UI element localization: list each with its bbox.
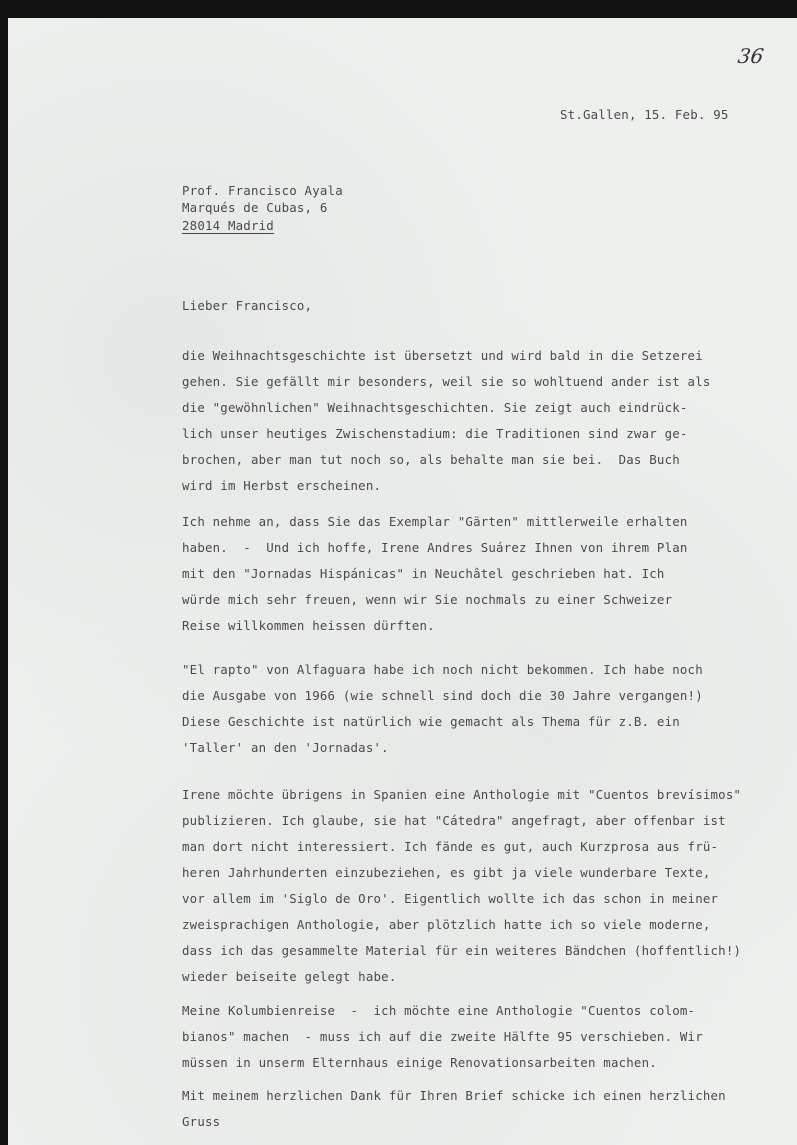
text-line-content: dass ich das gesammelte Material für ein… — [182, 943, 741, 958]
text-line: lich unser heutiges Zwischenstadium: die… — [182, 421, 711, 447]
text-line-content: Diese Geschichte ist natürlich wie gemac… — [182, 714, 680, 729]
text-line: Mit meinem herzlichen Dank für Ihren Bri… — [182, 1083, 726, 1109]
text-line: mit den "Jornadas Hispánicas" in Neuchât… — [182, 561, 688, 587]
recipient-street: Marqués de Cubas, 6 — [182, 200, 328, 215]
recipient-city: 28014 Madrid — [182, 218, 274, 233]
text-line: gehen. Sie gefällt mir besonders, weil s… — [182, 369, 711, 395]
recipient-name: Prof. Francisco Ayala — [182, 183, 343, 198]
paragraph-2: Ich nehme an, dass Sie das Exemplar "Gär… — [182, 509, 688, 639]
text-line: die "gewöhnlichen" Weihnachtsgeschichten… — [182, 395, 711, 421]
text-line: brochen, aber man tut noch so, als behal… — [182, 447, 711, 473]
handwritten-page-number: 36 — [736, 44, 765, 68]
text-line-content: die "gewöhnlichen" Weihnachtsgeschichten… — [182, 400, 688, 415]
text-line: Gruss — [182, 1109, 726, 1135]
text-line-content: Mit meinem herzlichen Dank für Ihren Bri… — [182, 1088, 726, 1103]
text-line-content: die Ausgabe von 1966 (wie schnell sind d… — [182, 688, 703, 703]
text-line: dass ich das gesammelte Material für ein… — [182, 938, 741, 964]
text-line-content: haben. - Und ich hoffe, Irene Andres Suá… — [182, 540, 688, 555]
text-line-content: Reise willkommen heissen dürften. — [182, 618, 435, 633]
text-line-content: mit den "Jornadas Hispánicas" in Neuchât… — [182, 566, 665, 581]
text-line-content: wieder beiseite gelegt habe. — [182, 969, 396, 984]
text-line-content: Meine Kolumbienreise - ich möchte eine A… — [182, 1003, 695, 1018]
text-line-content: die Weihnachtsgeschichte ist übersetzt u… — [182, 348, 703, 363]
paragraph-6: Mit meinem herzlichen Dank für Ihren Bri… — [182, 1083, 726, 1135]
text-line-content: vor allem im 'Siglo de Oro'. Eigentlich … — [182, 891, 718, 906]
paragraph-3: "El rapto" von Alfaguara habe ich noch n… — [182, 657, 703, 761]
text-line-content: 'Taller' an den 'Jornadas'. — [182, 740, 389, 755]
text-line-content: würde mich sehr freuen, wenn wir Sie noc… — [182, 592, 672, 607]
paragraph-4: Irene möchte übrigens in Spanien eine An… — [182, 782, 741, 990]
text-line: publizieren. Ich glaube, sie hat "Cátedr… — [182, 808, 741, 834]
text-line-content: gehen. Sie gefällt mir besonders, weil s… — [182, 374, 711, 389]
text-line: Irene möchte übrigens in Spanien eine An… — [182, 782, 741, 808]
text-line: man dort nicht interessiert. Ich fände e… — [182, 834, 741, 860]
text-line: haben. - Und ich hoffe, Irene Andres Suá… — [182, 535, 688, 561]
text-line: "El rapto" von Alfaguara habe ich noch n… — [182, 657, 703, 683]
text-line: würde mich sehr freuen, wenn wir Sie noc… — [182, 587, 688, 613]
text-line-content: brochen, aber man tut noch so, als behal… — [182, 452, 680, 467]
text-line: Ich nehme an, dass Sie das Exemplar "Gär… — [182, 509, 688, 535]
text-line: Meine Kolumbienreise - ich möchte eine A… — [182, 998, 703, 1024]
text-line: 'Taller' an den 'Jornadas'. — [182, 735, 703, 761]
text-line: die Weihnachtsgeschichte ist übersetzt u… — [182, 343, 711, 369]
paragraph-1: die Weihnachtsgeschichte ist übersetzt u… — [182, 343, 711, 499]
text-line-content: Ich nehme an, dass Sie das Exemplar "Gär… — [182, 514, 688, 529]
text-line-content: müssen in unserm Elternhaus einige Renov… — [182, 1055, 657, 1070]
text-line-content: "El rapto" von Alfaguara habe ich noch n… — [182, 662, 703, 677]
text-line-content: heren Jahrhunderten einzubeziehen, es gi… — [182, 865, 711, 880]
text-line-content: Gruss — [182, 1114, 220, 1129]
text-line: vor allem im 'Siglo de Oro'. Eigentlich … — [182, 886, 741, 912]
text-line: wieder beiseite gelegt habe. — [182, 964, 741, 990]
salutation: Lieber Francisco, — [182, 298, 312, 313]
text-line-content: bianos" machen - muss ich auf die zweite… — [182, 1029, 703, 1044]
text-line-content: publizieren. Ich glaube, sie hat "Cátedr… — [182, 813, 726, 828]
paragraph-5: Meine Kolumbienreise - ich möchte eine A… — [182, 998, 703, 1076]
text-line: zweisprachigen Anthologie, aber plötzlic… — [182, 912, 741, 938]
text-line: Diese Geschichte ist natürlich wie gemac… — [182, 709, 703, 735]
text-line-content: zweisprachigen Anthologie, aber plötzlic… — [182, 917, 711, 932]
text-line: heren Jahrhunderten einzubeziehen, es gi… — [182, 860, 741, 886]
date-line: St.Gallen, 15. Feb. 95 — [560, 107, 729, 122]
text-line: wird im Herbst erscheinen. — [182, 473, 711, 499]
text-line-content: lich unser heutiges Zwischenstadium: die… — [182, 426, 688, 441]
text-line: bianos" machen - muss ich auf die zweite… — [182, 1024, 703, 1050]
text-line: müssen in unserm Elternhaus einige Renov… — [182, 1050, 703, 1076]
text-line-content: Irene möchte übrigens in Spanien eine An… — [182, 787, 741, 802]
text-line-content: man dort nicht interessiert. Ich fände e… — [182, 839, 718, 854]
text-line: Reise willkommen heissen dürften. — [182, 613, 688, 639]
text-line-content: wird im Herbst erscheinen. — [182, 478, 381, 493]
text-line: die Ausgabe von 1966 (wie schnell sind d… — [182, 683, 703, 709]
